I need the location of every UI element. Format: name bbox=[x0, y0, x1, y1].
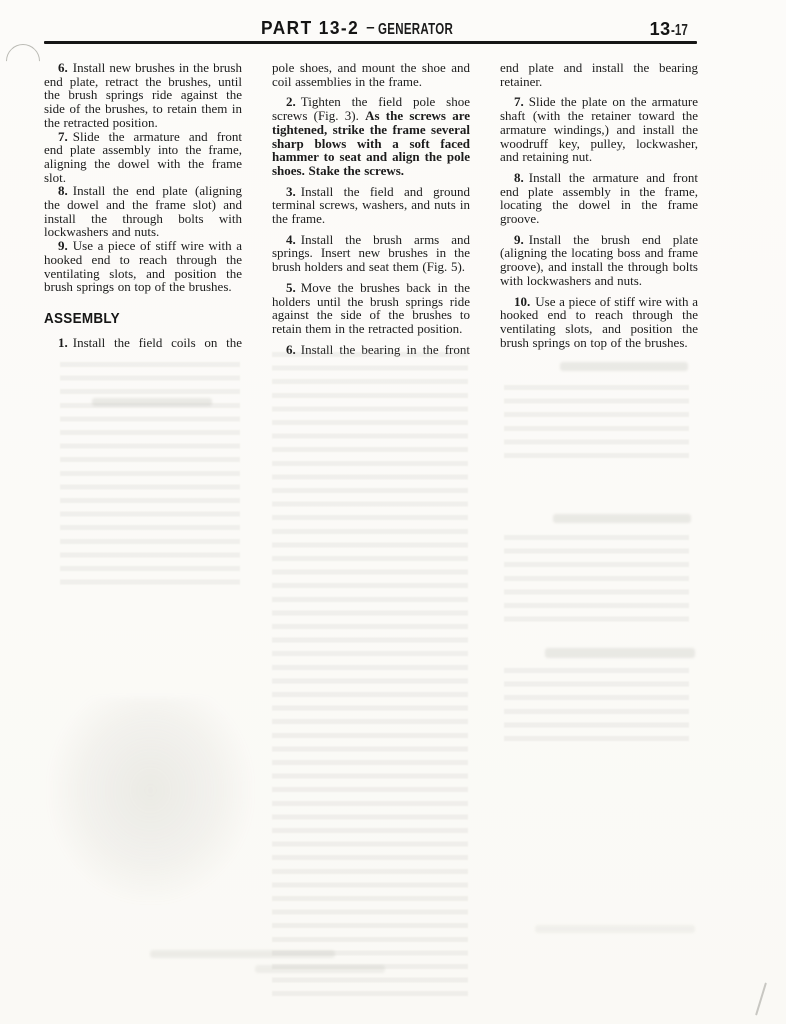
step-number: 7. bbox=[514, 94, 524, 109]
emphasized-instruction: As the screws are tightened, strike the … bbox=[272, 108, 470, 178]
paragraph: 10.Use a piece of stiff wire with a hook… bbox=[500, 295, 698, 350]
bleed-through-heading-ghost bbox=[560, 362, 688, 371]
part-number-label: PART 13-2 bbox=[261, 18, 359, 39]
bleed-through-figure-ghost bbox=[48, 698, 253, 903]
step-number: 9. bbox=[514, 232, 524, 247]
bleed-through-heading-ghost bbox=[553, 514, 691, 523]
bleed-through-text-ghost bbox=[504, 535, 689, 630]
column-3: end plate and install the bearing retain… bbox=[500, 61, 698, 356]
step-number: 8. bbox=[58, 183, 68, 198]
bleed-through-heading-ghost bbox=[545, 648, 695, 658]
paragraph: 6.Install new brushes in the brush end p… bbox=[44, 61, 242, 130]
paragraph: 3.Install the field and ground terminal … bbox=[272, 185, 470, 226]
step-number: 3. bbox=[286, 184, 296, 199]
column-2: pole shoes, and mount the shoe and coil … bbox=[272, 61, 470, 356]
section-title: GENERATOR bbox=[378, 21, 453, 39]
paragraph: 8.Install the end plate (aligning the do… bbox=[44, 184, 242, 239]
paragraph: 2.Tighten the field pole shoe screws (Fi… bbox=[272, 95, 470, 177]
scan-artifact-arc-icon bbox=[0, 37, 47, 85]
title-dash: – bbox=[366, 19, 374, 36]
paragraph: 9.Install the brush end plate (aligning … bbox=[500, 233, 698, 288]
step-number: 8. bbox=[514, 170, 524, 185]
bleed-through-text-ghost bbox=[504, 385, 689, 465]
step-number: 4. bbox=[286, 232, 296, 247]
paragraph: 5.Move the brushes back in the holders u… bbox=[272, 281, 470, 336]
paragraph: end plate and install the bearing retain… bbox=[500, 61, 698, 88]
step-number: 7. bbox=[58, 129, 68, 144]
assembly-heading: ASSEMBLY bbox=[44, 311, 228, 327]
scan-artifact-slash-icon bbox=[755, 982, 767, 1015]
paragraph: 8.Install the armature and front end pla… bbox=[500, 171, 698, 226]
bleed-through-text-ghost bbox=[272, 352, 468, 1002]
text-columns: 6.Install new brushes in the brush end p… bbox=[44, 61, 698, 356]
paragraph: 7.Slide the plate on the armature shaft … bbox=[500, 95, 698, 164]
manual-page: PART 13-2–GENERATOR 13-17 6.Install new … bbox=[0, 0, 786, 1024]
bleed-through-heading-ghost bbox=[92, 398, 212, 406]
header-rule bbox=[44, 41, 697, 44]
paragraph: 1.Install the field coils on the bbox=[44, 336, 242, 350]
paragraph: pole shoes, and mount the shoe and coil … bbox=[272, 61, 470, 88]
page-header: PART 13-2–GENERATOR 13-17 bbox=[44, 18, 697, 42]
page-number: 13-17 bbox=[650, 19, 693, 40]
step-number: 9. bbox=[58, 238, 68, 253]
bleed-through-text-ghost bbox=[504, 668, 689, 743]
paragraph: 7.Slide the armature and front end plate… bbox=[44, 130, 242, 185]
paragraph: 9.Use a piece of stiff wire with a hooke… bbox=[44, 239, 242, 294]
page-title: PART 13-2–GENERATOR bbox=[44, 18, 697, 39]
bleed-through-text-ghost bbox=[60, 362, 240, 592]
paragraph: 4.Install the brush arms and springs. In… bbox=[272, 233, 470, 274]
step-number: 2. bbox=[286, 94, 296, 109]
column-1: 6.Install new brushes in the brush end p… bbox=[44, 61, 242, 356]
step-number: 10. bbox=[514, 294, 530, 309]
page-number-major: 13 bbox=[650, 19, 671, 39]
bleed-through-caption-ghost bbox=[535, 925, 695, 933]
bleed-through-caption-ghost bbox=[255, 965, 385, 973]
page-number-minor: -17 bbox=[671, 22, 688, 40]
bleed-through-caption-ghost bbox=[150, 950, 335, 958]
step-number: 1. bbox=[58, 335, 68, 350]
step-number: 6. bbox=[58, 60, 68, 75]
step-number: 5. bbox=[286, 280, 296, 295]
